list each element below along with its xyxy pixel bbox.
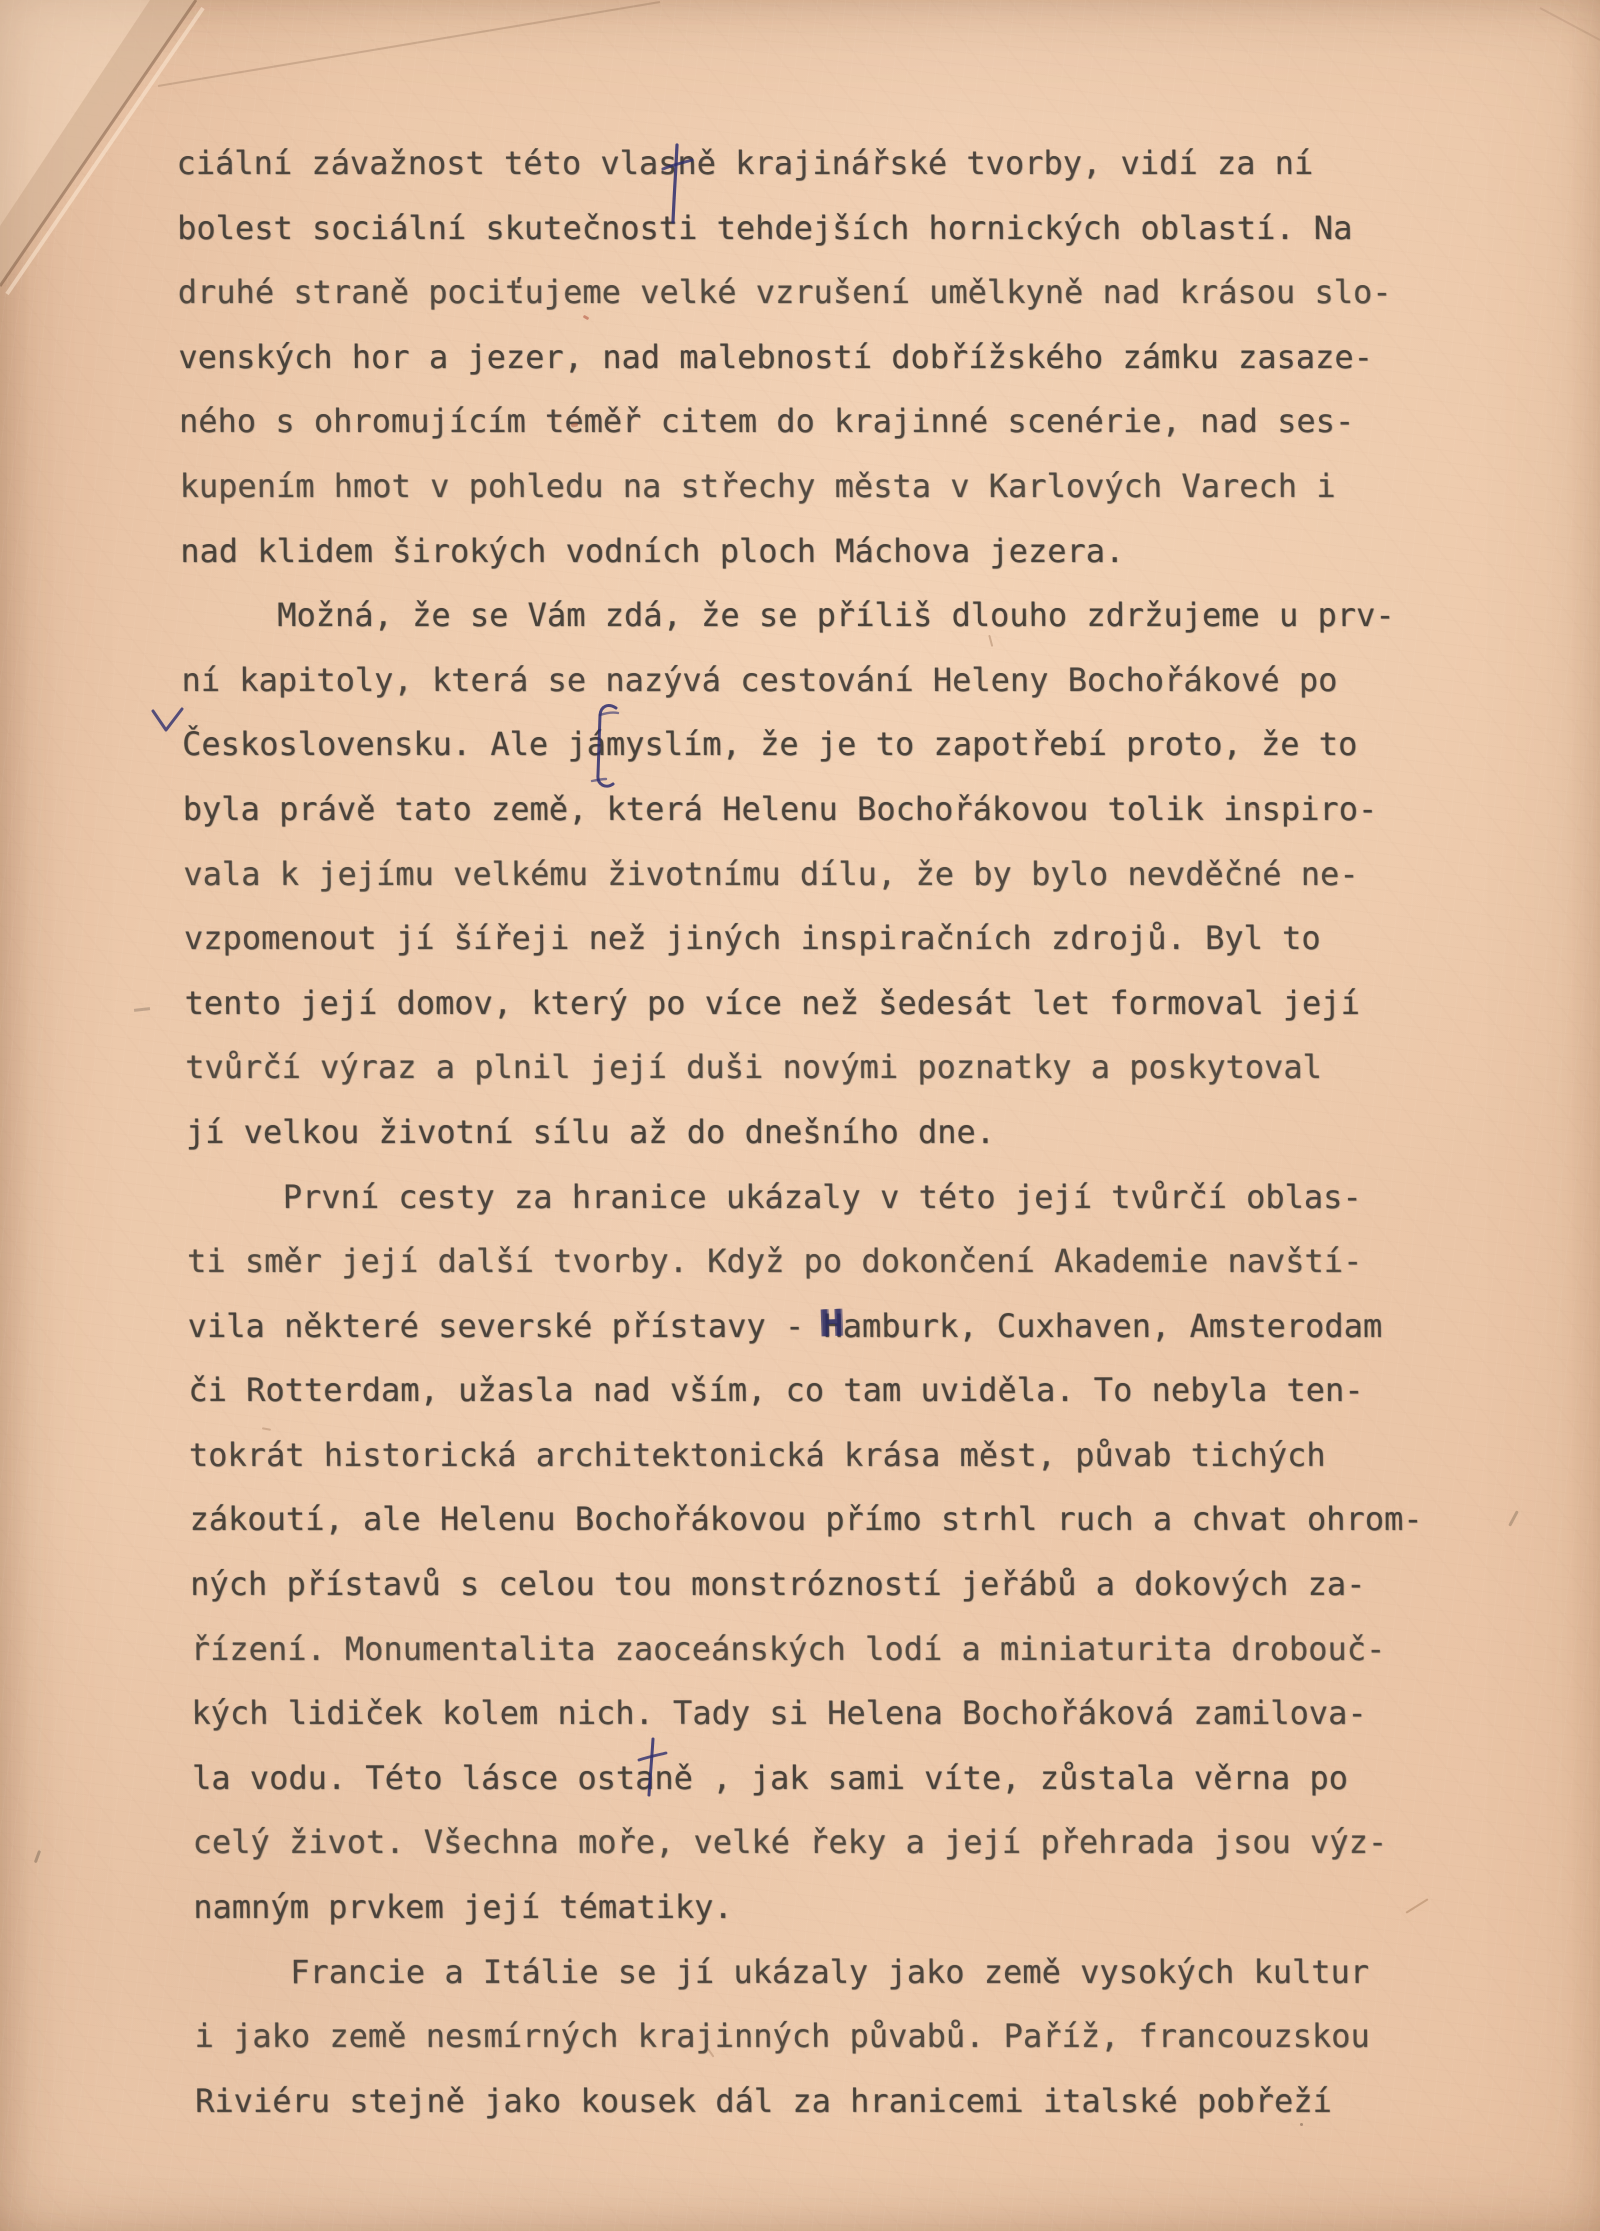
typescript-line: druhé straně pociťujeme velké vzrušení u… <box>177 260 1600 325</box>
typescript-text-block: ciální závažnost této vlasně krajinářské… <box>0 0 1600 2133</box>
typescript-line: i jako země nesmírných krajinných půvabů… <box>194 2004 1600 2069</box>
typescript-line: namným prvkem její tématiky. <box>193 1875 1600 1940</box>
typescript-line: ti směr její další tvorby. Když po dokon… <box>187 1229 1600 1294</box>
typescript-line: Možná, že se Vám zdá, že se příliš dlouh… <box>181 583 1600 648</box>
typescript-line: tento její domov, který po více než šede… <box>184 971 1600 1036</box>
typescript-line: ciální závažnost této vlasně krajinářské… <box>176 131 1600 196</box>
typescript-line: jí velkou životní sílu až do dnešního dn… <box>186 1100 1600 1165</box>
typescript-line: První cesty za hranice ukázaly v této je… <box>186 1165 1600 1230</box>
typescript-line: ných přístavů s celou tou monstrózností … <box>190 1552 1600 1617</box>
typescript-line: vala k jejímu velkému životnímu dílu, že… <box>183 842 1600 907</box>
typescript-line: kých lidiček kolem nich. Tady si Helena … <box>191 1681 1600 1746</box>
typescript-line: nad klidem širokých vodních ploch Máchov… <box>180 519 1600 584</box>
typescript-line: celý život. Všechna moře, velké řeky a j… <box>192 1810 1600 1875</box>
typescript-line: tokrát historická architektonická krása … <box>189 1423 1600 1488</box>
typescript-line: Československu. Ale jámyslím, že je to z… <box>182 712 1600 777</box>
typescript-line: Francie a Itálie se jí ukázaly jako země… <box>194 1940 1600 2005</box>
typescript-line: tvůrčí výraz a plnil její duši novými po… <box>185 1035 1600 1100</box>
typescript-line: la vodu. Této lásce ostaně , jak sami ví… <box>192 1746 1600 1811</box>
typescript-line: ného s ohromujícím téměř citem do krajin… <box>179 389 1600 454</box>
typescript-line: Riviéru stejně jako kousek dál za hranic… <box>195 2069 1600 2134</box>
ink-overwritten-H: H <box>818 1302 845 1346</box>
typescript-line: byla právě tato země, která Helenu Bocho… <box>182 777 1600 842</box>
typescript-line: či Rotterdam, užasla nad vším, co tam uv… <box>188 1358 1600 1423</box>
typescript-line: ní kapitoly, která se nazývá cestování H… <box>181 648 1600 713</box>
typescript-line: zákoutí, ale Helenu Bochořákovou přímo s… <box>189 1487 1600 1552</box>
typescript-line: kupením hmot v pohledu na střechy města … <box>179 454 1600 519</box>
typescript-line: bolest sociální skutečnosti tehdejších h… <box>177 196 1600 261</box>
typescript-line: venských hor a jezer, nad malebností dob… <box>178 325 1600 390</box>
typescript-line: vila některé severské přístavy - Hamburk… <box>187 1294 1600 1359</box>
manuscript-page: ciální závažnost této vlasně krajinářské… <box>0 0 1600 2231</box>
typescript-line: vzpomenout jí šířeji než jiných inspirač… <box>184 906 1600 971</box>
typescript-line: řízení. Monumentalita zaoceánských lodí … <box>191 1617 1600 1682</box>
